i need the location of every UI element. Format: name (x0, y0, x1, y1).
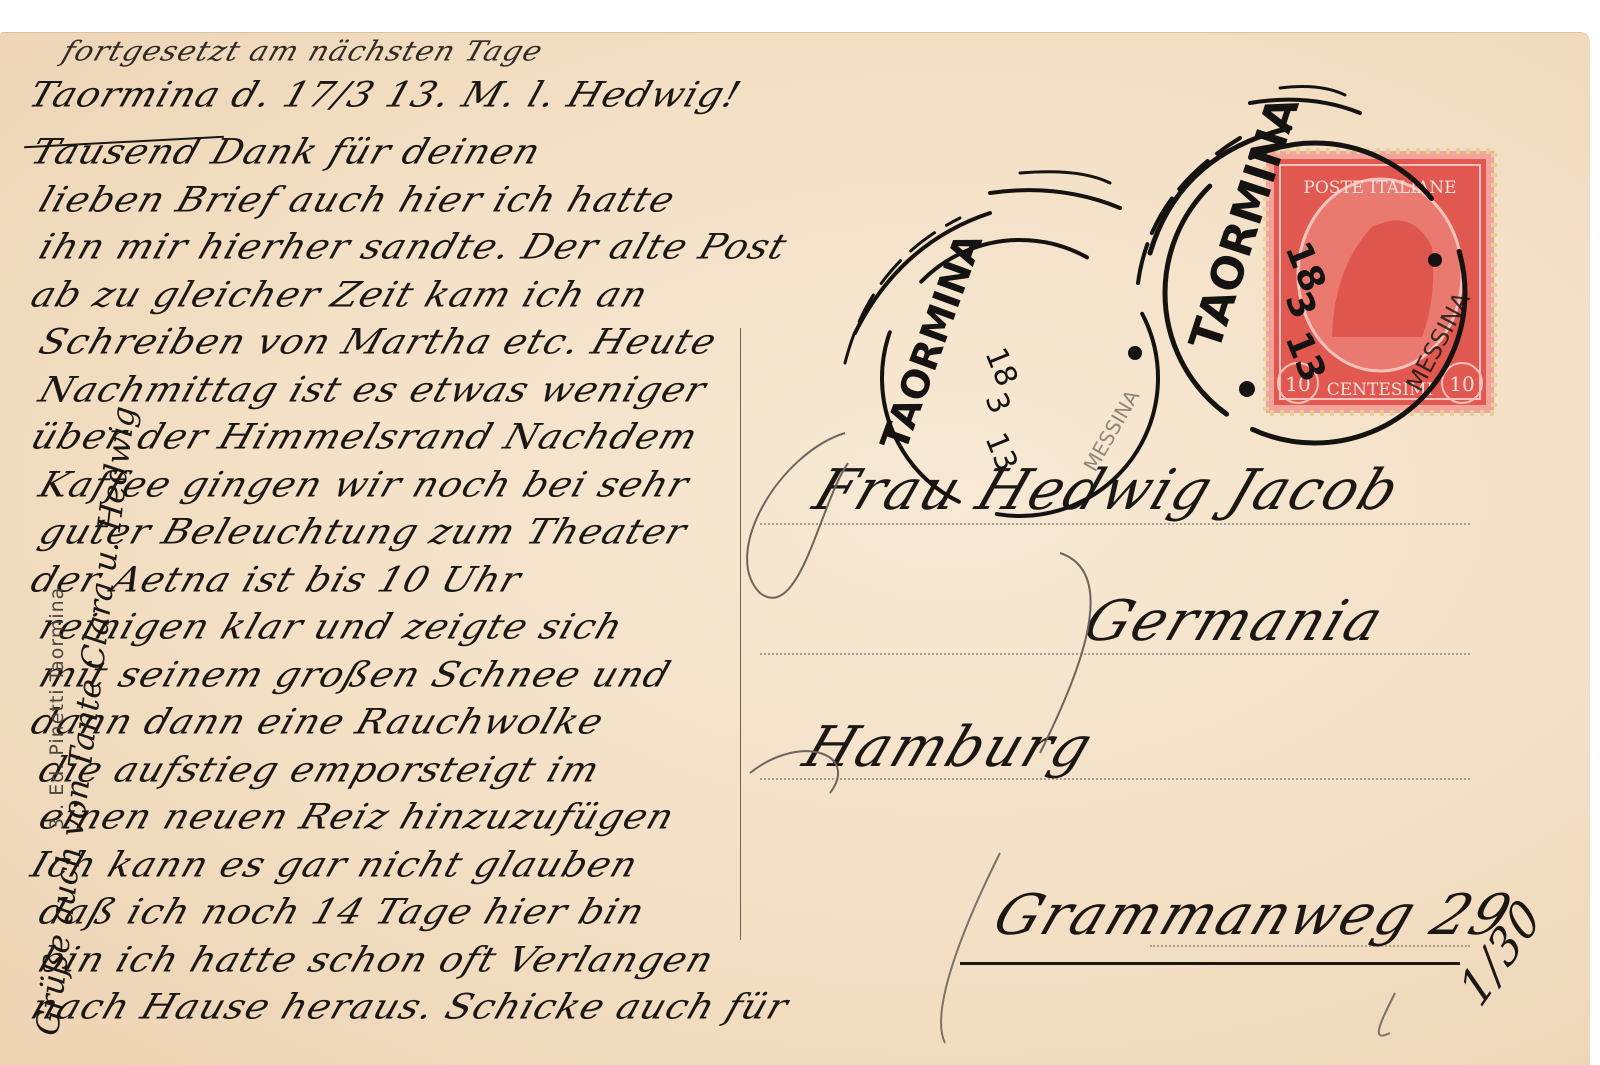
svg-text:3: 3 (1277, 286, 1324, 325)
postmark-right: TAORMINA 18 3 13 MESSINA (0, 33, 1590, 1065)
postmark-star-icon (1428, 253, 1442, 267)
postcard-back: fortgesetzt am nächsten Tage Taormina d.… (0, 32, 1590, 1065)
svg-text:13: 13 (1277, 326, 1334, 388)
svg-text:18: 18 (1277, 236, 1334, 298)
postmark-star-icon (1239, 381, 1255, 397)
